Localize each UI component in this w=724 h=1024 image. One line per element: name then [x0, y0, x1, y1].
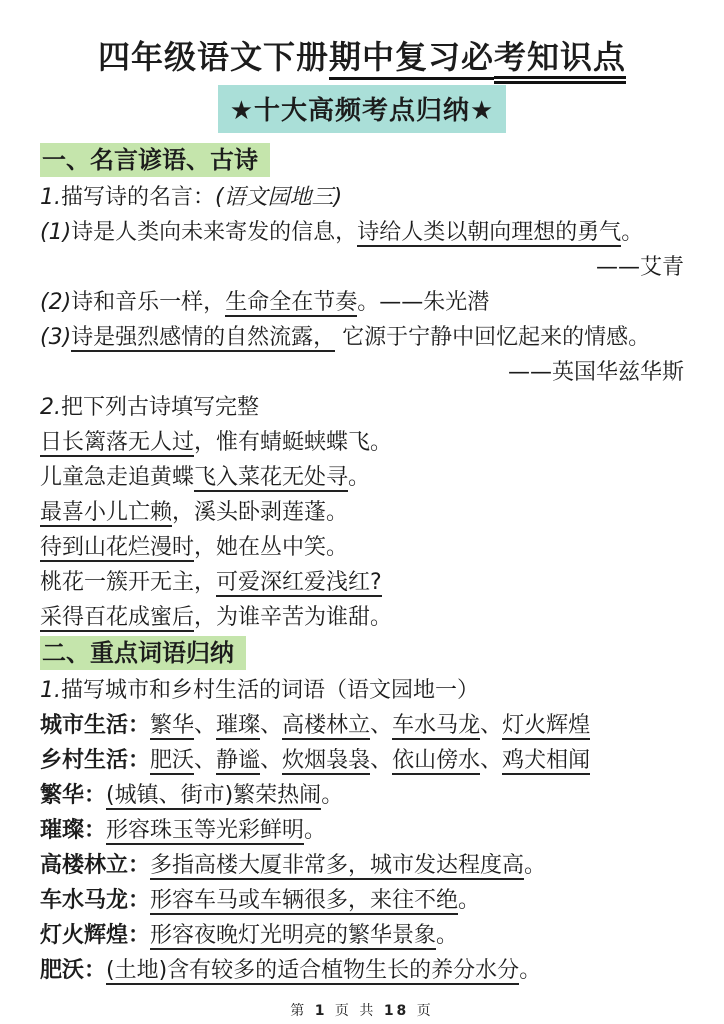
text-segment: 城市生活： — [40, 713, 150, 738]
text-segment: 四年级语文下册 — [98, 38, 329, 76]
text-segment: 。 — [348, 465, 370, 490]
text-segment: 形容珠玉等光彩鲜明 — [106, 818, 304, 845]
text-segment: 、 — [480, 748, 502, 773]
text-segment: 形容车马或车辆很多，来往不绝 — [150, 888, 458, 915]
text-line: ——英国华兹华斯 — [40, 355, 684, 390]
text-segment: 桃花一簇开无主， — [40, 570, 216, 595]
text-segment: (城镇、街市)繁荣热闹 — [106, 783, 321, 810]
text-segment: ——艾青 — [596, 255, 684, 280]
text-segment: 一、名言谚语、古诗 — [40, 143, 270, 177]
text-segment: 繁华 — [150, 713, 194, 740]
text-segment: 二、重点词语归纳 — [40, 636, 246, 670]
text-segment: 。 — [458, 888, 480, 913]
text-segment: 璀璨 — [216, 713, 260, 740]
text-line: 儿童急走追黄蝶飞入菜花无处寻。 — [40, 460, 684, 495]
text-segment: 1. — [40, 185, 61, 210]
text-segment: 。 — [524, 853, 546, 878]
page-number-footer: 第 1 页 共 18 页 — [40, 1000, 684, 1020]
text-segment: 璀璨： — [40, 818, 106, 843]
text-segment: (土地)含有较多的适合植物生长的养分水分 — [106, 958, 519, 985]
text-segment: 繁华： — [40, 783, 106, 808]
text-segment: (3) — [40, 325, 71, 350]
section-heading-2: 二、重点词语归纳 — [40, 635, 684, 673]
text-segment: 描写城市和乡村生活的词语（语文园地一） — [61, 678, 479, 703]
text-line: 桃花一簇开无主，可爱深红爱浅红? — [40, 565, 684, 600]
text-segment: 。 — [621, 220, 643, 245]
text-segment: 飞入菜花无处寻 — [194, 465, 348, 492]
text-segment: (语文园地三) — [215, 185, 342, 210]
text-segment: 期中复习必 — [329, 38, 494, 80]
text-line: 1.描写城市和乡村生活的词语（语文园地一） — [40, 673, 684, 708]
text-segment: 肥沃 — [150, 748, 194, 775]
text-segment: 、 — [370, 748, 392, 773]
text-line: 高楼林立：多指高楼大厦非常多，城市发达程度高。 — [40, 848, 684, 883]
text-segment: 车水马龙 — [392, 713, 480, 740]
text-segment: 、 — [194, 748, 216, 773]
text-segment: 采得百花成蜜后 — [40, 605, 194, 632]
text-segment: 。 — [519, 958, 541, 983]
text-segment: 形容夜晚灯光明亮的繁华景象 — [150, 923, 436, 950]
text-segment: 18 — [384, 1003, 409, 1019]
text-segment: 诗是人类向未来寄发的信息， — [71, 220, 357, 245]
text-line: 璀璨：形容珠玉等光彩鲜明。 — [40, 813, 684, 848]
text-line: ——艾青 — [40, 250, 684, 285]
text-line: 采得百花成蜜后，为谁辛苦为谁甜。 — [40, 600, 684, 635]
text-segment: 页 共 — [327, 1003, 383, 1019]
text-line: (3)诗是强烈感情的自然流露， 它源于宁静中回忆起来的情感。 — [40, 320, 684, 355]
text-line: 2.把下列古诗填写完整 — [40, 390, 684, 425]
text-segment: 依山傍水 — [392, 748, 480, 775]
text-segment: 考知识点 — [494, 38, 626, 84]
text-segment: 1 — [315, 1003, 328, 1019]
text-segment: 。 — [436, 923, 458, 948]
text-line: 车水马龙：形容车马或车辆很多，来往不绝。 — [40, 883, 684, 918]
text-segment: 、 — [194, 713, 216, 738]
text-line: (2)诗和音乐一样，生命全在节奏。——朱光潜 — [40, 285, 684, 320]
text-segment: 、 — [370, 713, 392, 738]
text-segment: 描写诗的名言： — [61, 185, 215, 210]
text-segment: 肥沃： — [40, 958, 106, 983]
text-segment: 诗和音乐一样， — [71, 290, 225, 315]
text-segment: 待到山花烂漫时 — [40, 535, 194, 562]
text-segment: 、 — [260, 713, 282, 738]
text-segment: 静谧 — [216, 748, 260, 775]
text-segment: 炊烟袅袅 — [282, 748, 370, 775]
text-line: 肥沃：(土地)含有较多的适合植物生长的养分水分。 — [40, 953, 684, 988]
text-line: 待到山花烂漫时，她在丛中笑。 — [40, 530, 684, 565]
text-segment: 第 — [290, 1003, 314, 1019]
text-segment: 生命全在节奏 — [225, 290, 357, 317]
text-segment: 灯火辉煌 — [502, 713, 590, 740]
subtitle-highlight: ★十大高频考点归纳★ — [218, 85, 507, 133]
text-line: 城市生活：繁华、璀璨、高楼林立、车水马龙、灯火辉煌 — [40, 708, 684, 743]
text-segment: 乡村生活： — [40, 748, 150, 773]
text-segment: 2. — [40, 395, 61, 420]
text-segment: (2) — [40, 290, 71, 315]
text-segment: (1) — [40, 220, 71, 245]
section-heading-1: 一、名言谚语、古诗 — [40, 142, 684, 180]
text-line: (1)诗是人类向未来寄发的信息，诗给人类以朝向理想的勇气。 — [40, 215, 684, 250]
text-segment: 最喜小儿亡赖 — [40, 500, 172, 527]
text-segment: 灯火辉煌： — [40, 923, 150, 948]
text-segment: ，溪头卧剥莲蓬。 — [172, 500, 348, 525]
text-line: 繁华：(城镇、街市)繁荣热闹。 — [40, 778, 684, 813]
document-page: 四年级语文下册期中复习必考知识点 ★十大高频考点归纳★ 一、名言谚语、古诗1.描… — [0, 0, 724, 1024]
text-segment: 诗是强烈感情的自然流露， — [71, 325, 335, 352]
text-segment: 鸡犬相闻 — [502, 748, 590, 775]
text-segment: ，惟有蜻蜓蛱蝶飞。 — [194, 430, 392, 455]
document-body: 一、名言谚语、古诗1.描写诗的名言：(语文园地三)(1)诗是人类向未来寄发的信息… — [40, 142, 684, 988]
text-segment: 日长篱落无人过 — [40, 430, 194, 457]
text-segment: 1. — [40, 678, 61, 703]
text-segment: 诗给人类以朝向理想的勇气 — [357, 220, 621, 247]
text-segment: 儿童急走追黄蝶 — [40, 465, 194, 490]
text-segment: 多指高楼大厦非常多，城市发达程度高 — [150, 853, 524, 880]
text-segment: 页 — [409, 1003, 433, 1019]
text-segment: 把下列古诗填写完整 — [61, 395, 259, 420]
document-subtitle: ★十大高频考点归纳★ — [40, 85, 684, 133]
text-line: 日长篱落无人过，惟有蜻蜓蛱蝶飞。 — [40, 425, 684, 460]
text-line: 灯火辉煌：形容夜晚灯光明亮的繁华景象。 — [40, 918, 684, 953]
text-segment: 车水马龙： — [40, 888, 150, 913]
text-line: 1.描写诗的名言：(语文园地三) — [40, 180, 684, 215]
text-segment: ，为谁辛苦为谁甜。 — [194, 605, 392, 630]
text-segment: 高楼林立： — [40, 853, 150, 878]
text-line: 最喜小儿亡赖，溪头卧剥莲蓬。 — [40, 495, 684, 530]
text-segment: ——英国华兹华斯 — [508, 360, 684, 385]
text-segment: 、 — [480, 713, 502, 738]
text-segment: ，她在丛中笑。 — [194, 535, 348, 560]
text-segment: 可爱深红爱浅红? — [216, 570, 382, 597]
text-line: 乡村生活：肥沃、静谧、炊烟袅袅、依山傍水、鸡犬相闻 — [40, 743, 684, 778]
text-segment: 高楼林立 — [282, 713, 370, 740]
text-segment: 。 — [321, 783, 343, 808]
text-segment: 它源于宁静中回忆起来的情感。 — [335, 325, 650, 350]
document-title: 四年级语文下册期中复习必考知识点 — [40, 34, 684, 80]
text-segment: 。 — [304, 818, 326, 843]
text-segment: 。——朱光潜 — [357, 290, 489, 315]
text-segment: 、 — [260, 748, 282, 773]
